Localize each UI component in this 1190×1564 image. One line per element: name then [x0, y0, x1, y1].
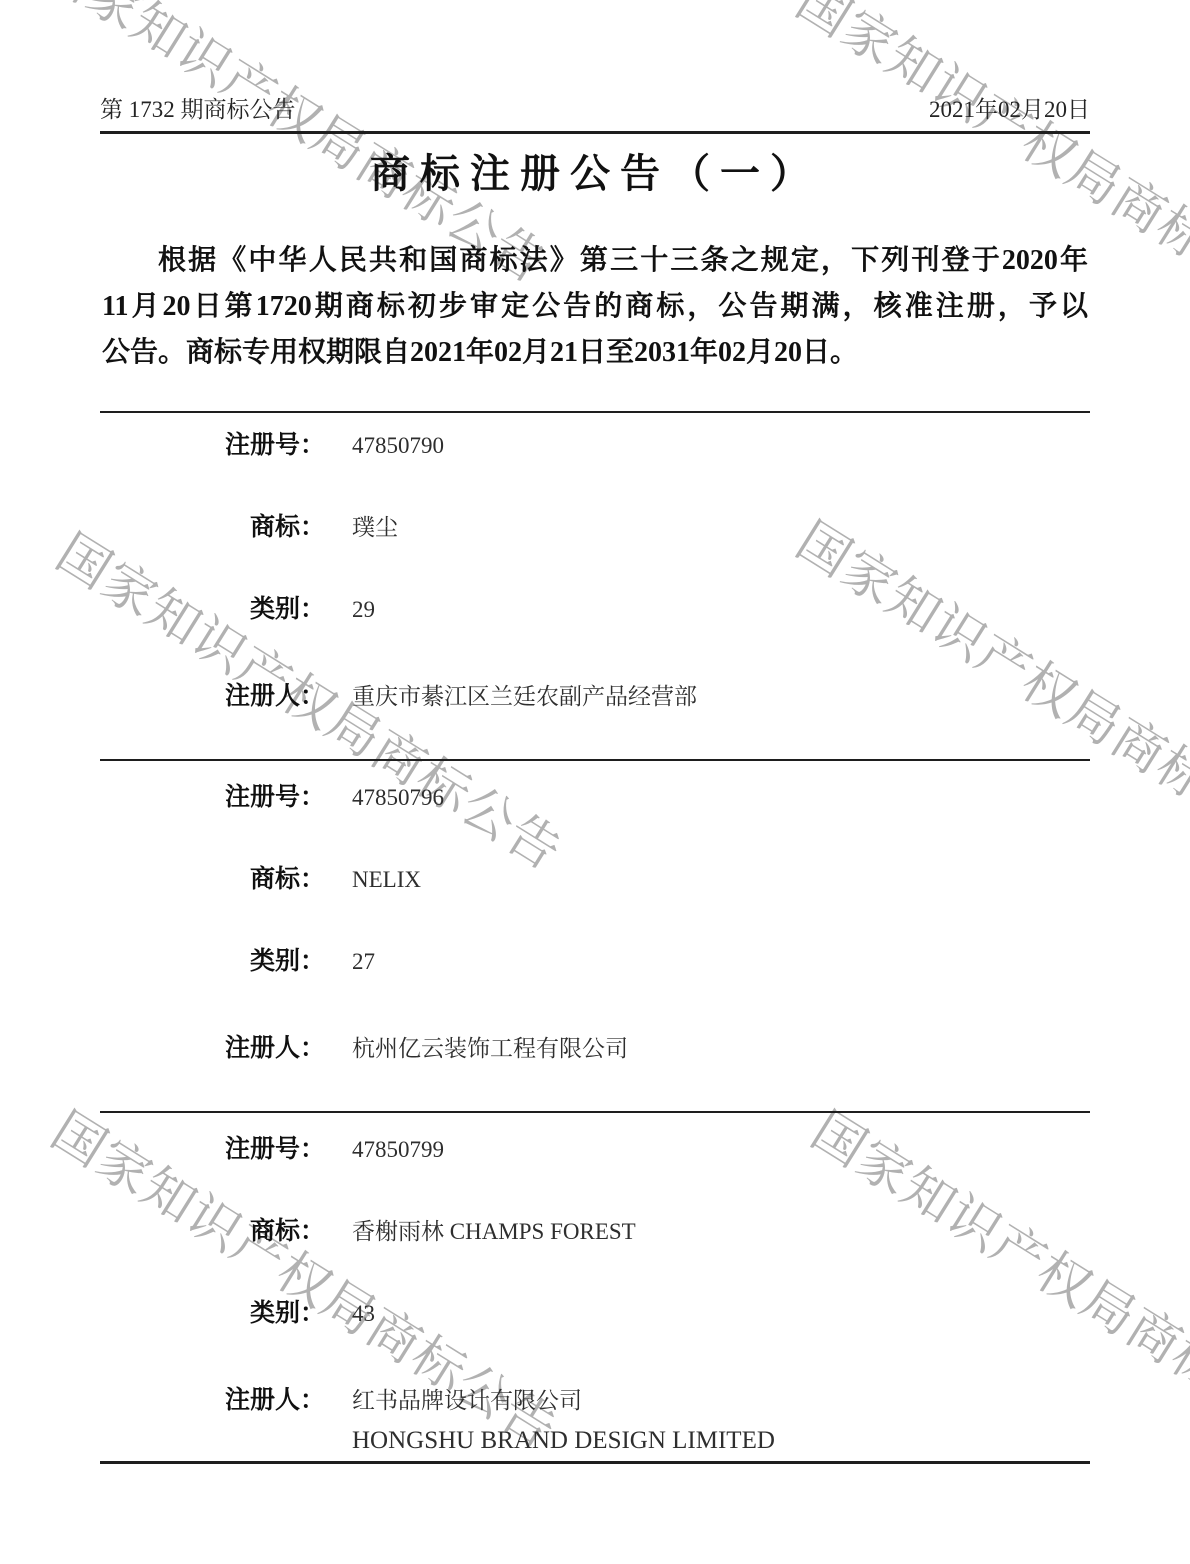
registrant-label: 注册人：: [100, 677, 325, 717]
page-title: 商标注册公告（一）: [0, 150, 1190, 198]
class-row: 类别： 29: [100, 595, 1090, 625]
mark-label: 商标：: [100, 1217, 325, 1247]
mark-value: NELIX: [325, 865, 1090, 895]
mark-row: 商标： 璞尘: [100, 513, 1090, 543]
trademark-record: 注册号： 47850796 商标： NELIX 类别： 27 注册人： 杭州亿云…: [100, 761, 1090, 1111]
page: 国家知识产权局商标公告 国家知识产权局商标公告 国家知识产权局商标公告 国家知识…: [0, 0, 1190, 1564]
registrant-value: 红书品牌设计有限公司: [352, 1381, 1090, 1421]
reg-no-row: 注册号： 47850796: [100, 783, 1090, 813]
mark-value: 香榭雨林 CHAMPS FOREST: [325, 1217, 1090, 1247]
document-content: 第 1732 期商标公告 2021年02月20日 商标注册公告（一） 根据《中华…: [0, 0, 1190, 1464]
class-value: 27: [325, 947, 1090, 977]
registrant-row: 注册人： 重庆市綦江区兰廷农副产品经营部: [100, 677, 1090, 717]
page-header: 第 1732 期商标公告 2021年02月20日: [100, 0, 1090, 125]
reg-no-row: 注册号： 47850799: [100, 1135, 1090, 1165]
reg-no-row: 注册号： 47850790: [100, 431, 1090, 461]
mark-value: 璞尘: [325, 513, 1090, 543]
reg-no-value: 47850799: [325, 1135, 1090, 1165]
class-label: 类别：: [100, 595, 325, 625]
registrant-value: 重庆市綦江区兰廷农副产品经营部: [352, 677, 1090, 717]
intro-line: 根据《中华人民共和国商标法》第三十三条之规定，下列刊登于2020年: [102, 238, 1088, 284]
intro-line: 公告。商标专用权期限自2021年02月21日至2031年02月20日。: [102, 330, 1088, 376]
mark-label: 商标：: [100, 513, 325, 543]
mark-label: 商标：: [100, 865, 325, 895]
intro-paragraph: 根据《中华人民共和国商标法》第三十三条之规定，下列刊登于2020年 11月20日…: [102, 238, 1088, 376]
reg-no-label: 注册号：: [100, 431, 325, 461]
class-label: 类别：: [100, 1299, 325, 1329]
mark-row: 商标： NELIX: [100, 865, 1090, 895]
issue-number: 第 1732 期商标公告: [100, 95, 296, 125]
class-row: 类别： 27: [100, 947, 1090, 977]
registrant-row: 注册人： 红书品牌设计有限公司 HONGSHU BRAND DESIGN LIM…: [100, 1381, 1090, 1461]
intro-line: 11月20日第1720期商标初步审定公告的商标，公告期满，核准注册，予以: [102, 284, 1088, 330]
reg-no-label: 注册号：: [100, 1135, 325, 1165]
mark-row: 商标： 香榭雨林 CHAMPS FOREST: [100, 1217, 1090, 1247]
registrant-label: 注册人：: [100, 1381, 325, 1461]
header-divider: [100, 131, 1090, 134]
reg-no-value: 47850790: [325, 431, 1090, 461]
class-value: 43: [325, 1299, 1090, 1329]
trademark-record: 注册号： 47850799 商标： 香榭雨林 CHAMPS FOREST 类别：…: [100, 1113, 1090, 1461]
publication-date: 2021年02月20日: [929, 95, 1090, 125]
final-divider: [100, 1461, 1090, 1464]
registrant-value-en: HONGSHU BRAND DESIGN LIMITED: [352, 1421, 1090, 1461]
registrant-value: 杭州亿云装饰工程有限公司: [352, 1029, 1090, 1069]
reg-no-value: 47850796: [325, 783, 1090, 813]
registrant-label: 注册人：: [100, 1029, 325, 1069]
reg-no-label: 注册号：: [100, 783, 325, 813]
class-label: 类别：: [100, 947, 325, 977]
class-value: 29: [325, 595, 1090, 625]
registrant-row: 注册人： 杭州亿云装饰工程有限公司: [100, 1029, 1090, 1069]
class-row: 类别： 43: [100, 1299, 1090, 1329]
trademark-record: 注册号： 47850790 商标： 璞尘 类别： 29 注册人： 重庆市綦江区兰…: [100, 413, 1090, 759]
